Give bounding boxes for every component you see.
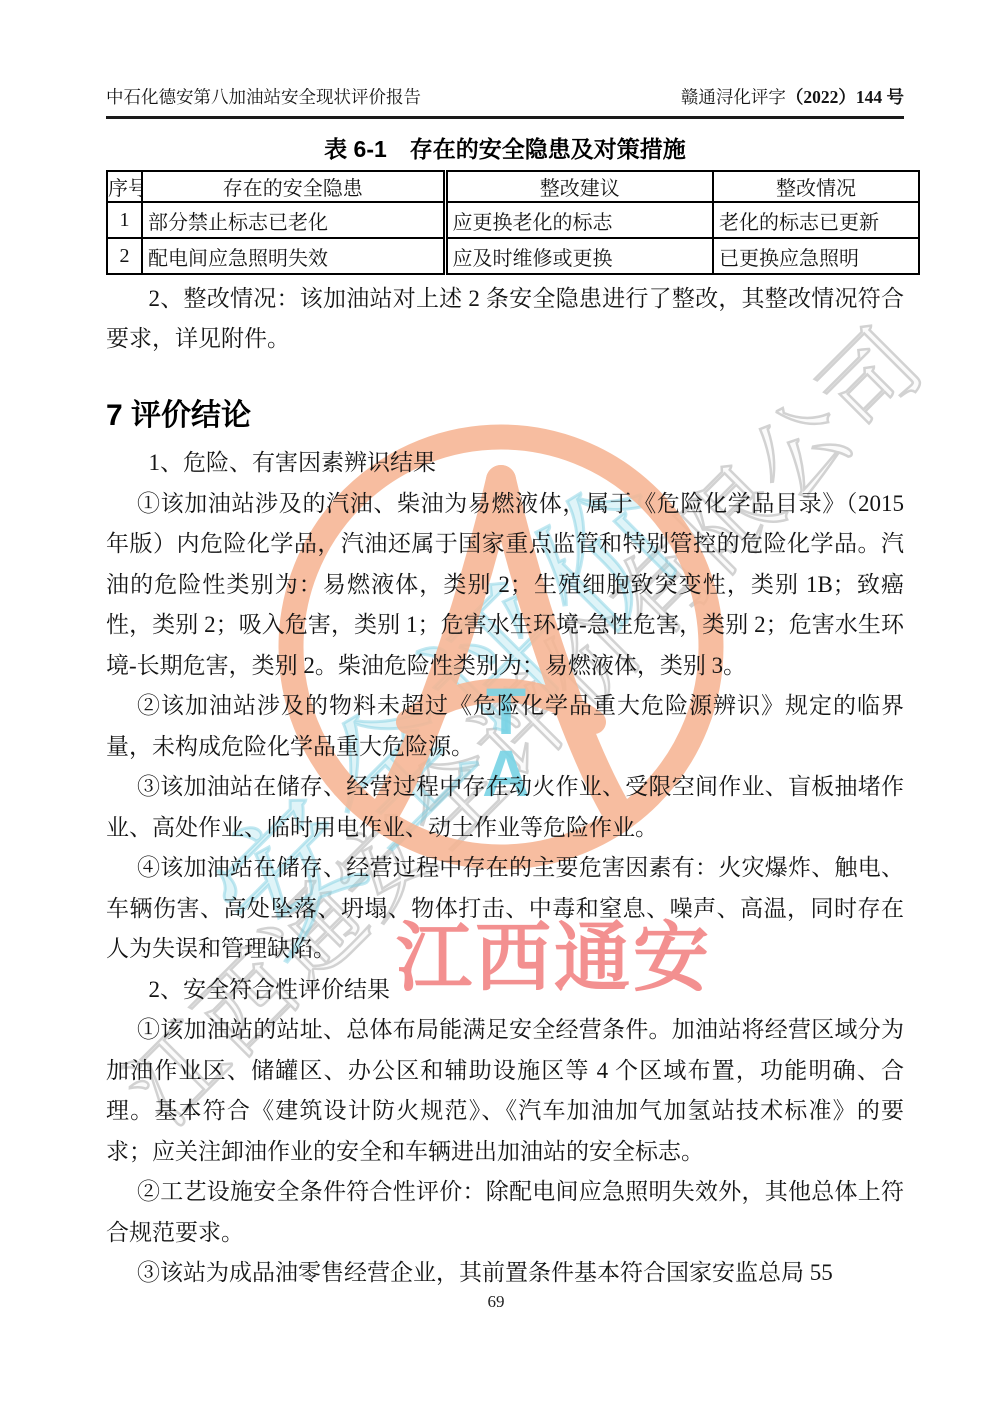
col-header-hazard: 存在的安全隐患 — [142, 171, 445, 202]
cell-no-2: 2 — [107, 238, 142, 274]
col-header-status: 整改情况 — [713, 171, 919, 202]
doc-number: 赣通浔化评字（2022）144 号 — [681, 84, 904, 109]
cell-hazard-1: 部分禁止标志已老化 — [142, 202, 445, 238]
paragraph-hazard-3: ③该加油站在储存、经营过程中存在动火作业、受限空间作业、盲板抽堵作业、高处作业、… — [106, 767, 904, 848]
table-header-row: 序号 存在的安全隐患 整改建议 整改情况 — [107, 171, 919, 202]
cell-suggestion-2: 应及时维修或更换 — [445, 238, 713, 274]
table-row: 1 部分禁止标志已老化 应更换老化的标志 老化的标志已更新 — [107, 202, 919, 238]
doc-number-prefix: 赣通浔化评字 — [681, 87, 786, 107]
table-row: 2 配电间应急照明失效 应及时维修或更换 已更换应急照明 — [107, 238, 919, 274]
col-header-suggestion: 整改建议 — [445, 171, 713, 202]
paragraph-hazard-1: ①该加油站涉及的汽油、柴油为易燃液体，属于《危险化学品目录》（2015 年版）内… — [106, 484, 904, 687]
cell-hazard-2: 配电间应急照明失效 — [142, 238, 445, 274]
page-content: 中石化德安第八加油站安全现状评价报告 赣通浔化评字（2022）144 号 表 6… — [0, 0, 992, 1294]
paragraph-compliance-2: ②工艺设施安全条件符合性评价：除配电间应急照明失效外，其他总体上符合规范要求。 — [106, 1172, 904, 1253]
page-header: 中石化德安第八加油站安全现状评价报告 赣通浔化评字（2022）144 号 — [106, 84, 904, 119]
cell-status-1: 老化的标志已更新 — [713, 202, 919, 238]
paragraph-hazard-4: ④该加油站在储存、经营过程中存在的主要危害因素有：火灾爆炸、触电、车辆伤害、高处… — [106, 848, 904, 970]
paragraph-compliance-1: ①该加油站的站址、总体布局能满足安全经营条件。加油站将经营区域分为加油作业区、储… — [106, 1010, 904, 1172]
cell-status-2: 已更换应急照明 — [713, 238, 919, 274]
col-header-no: 序号 — [107, 171, 142, 202]
section-7-heading: 7 评价结论 — [106, 399, 904, 432]
table-title: 表 6-1 存在的安全隐患及对策措施 — [106, 131, 904, 164]
item-1-title: 1、危险、有害因素辨识结果 — [106, 443, 904, 484]
cell-suggestion-1: 应更换老化的标志 — [445, 202, 713, 238]
rectification-paragraph: 2、整改情况：该加油站对上述 2 条安全隐患进行了整改，其整改情况符合要求，详见… — [106, 279, 904, 359]
doc-number-value: （2022）144 号 — [786, 87, 904, 107]
document-page: 江西通安全评价有限公司 安全评价 T A 江西通安 中石化德安第八加油站安全现状… — [0, 0, 992, 1403]
hazards-table: 序号 存在的安全隐患 整改建议 整改情况 1 部分禁止标志已老化 应更换老化的标… — [106, 170, 920, 275]
page-number: 69 — [0, 1292, 992, 1312]
paragraph-hazard-2: ②该加油站涉及的物料未超过《危险化学品重大危险源辨识》规定的临界量，未构成危险化… — [106, 686, 904, 767]
item-2-title: 2、安全符合性评价结果 — [106, 970, 904, 1011]
cell-no-1: 1 — [107, 202, 142, 238]
section-7-body: 1、危险、有害因素辨识结果 ①该加油站涉及的汽油、柴油为易燃液体，属于《危险化学… — [106, 443, 904, 1294]
report-title: 中石化德安第八加油站安全现状评价报告 — [106, 84, 421, 109]
paragraph-compliance-3: ③该站为成品油零售经营企业，其前置条件基本符合国家安监总局 55 — [106, 1253, 904, 1294]
